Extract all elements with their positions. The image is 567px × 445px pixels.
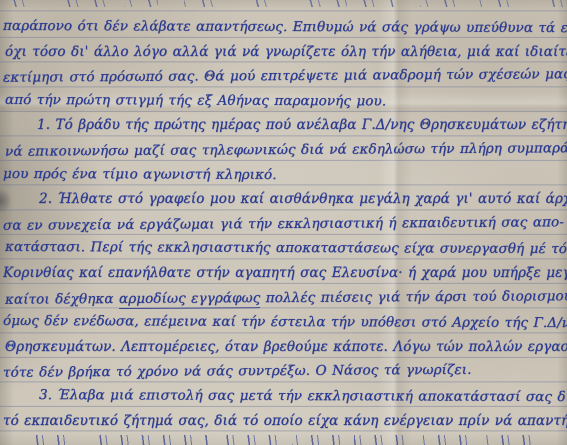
handwriting-line-13: όμως δέν ενέδωσα, επέμεινα καί τήν έστει… <box>3 309 567 336</box>
line-12-pre: καίτοι δέχθηκα <box>5 291 119 308</box>
handwriting-line-4: από τήν πρώτη στιγμή τής εξ Αθήνας παραμ… <box>5 88 567 115</box>
handwriting-line-5-paragraph-1: 1. Τό βράδυ τής πρώτης ημέρας πού ανέλαβ… <box>3 113 567 138</box>
handwriting-line-8-paragraph-2: 2. Ήλθατε στό γραφείο μου καί αισθάνθηκα… <box>5 187 567 212</box>
letter-page: παράπονο ότι δέν ελάβατε απαντήσεως. Επι… <box>0 0 567 445</box>
handwriting-line-16-paragraph-3: 3. Έλαβα μιά επιστολή σας μετά τήν εκκλη… <box>5 383 567 410</box>
handwriting-line-3: εκτίμησι στό πρόσωπό σας. Θά μού επιτρέψ… <box>3 62 567 90</box>
handwritten-text: παράπονο ότι δέν ελάβατε απαντήσεως. Επι… <box>3 15 567 433</box>
underlined-phrase: αρμοδίως εγγράφως <box>119 290 261 309</box>
handwriting-line-2: όχι τόσο δι' άλλο λόγο αλλά γιά νά γνωρί… <box>5 40 567 65</box>
handwriting-line-7: μου πρός ένα τίμιο αγωνιστή κληρικό. <box>3 161 567 188</box>
line-12-post: πολλές πιέσεις γιά τήν άρσι τού διορισμο… <box>260 288 567 306</box>
handwriting-line-14: Θρησκευμάτων. Λεπτομέρειες, όταν βρεθούμ… <box>5 335 567 360</box>
handwriting-line-15: τότε δέν βρήκα τό χρόνο νά σάς συντρέξω.… <box>3 358 567 386</box>
handwriting-line-1: παράπονο ότι δέν ελάβατε απαντήσεως. Επι… <box>3 14 567 41</box>
handwriting-line-9: σα εν συνεχεία νά εργάζωμαι γιά τήν εκκλ… <box>3 210 567 238</box>
handwriting-line-17: τό εκπαιδευτικό ζήτημά σας, διά τό οποίο… <box>3 409 567 434</box>
handwriting-line-10: κατάστασι. Περί τής εκκλησιαστικής αποκα… <box>5 235 567 262</box>
handwriting-line-11: Κορινθίας καί επανήλθατε στήν αγαπητή σα… <box>3 261 567 286</box>
handwriting-line-6: νά επικοινωνήσω μαζί σας τηλεφωνικώς διά… <box>5 136 567 164</box>
handwriting-line-12: καίτοι δέχθηκα αρμοδίως εγγράφως πολλές … <box>5 284 567 312</box>
